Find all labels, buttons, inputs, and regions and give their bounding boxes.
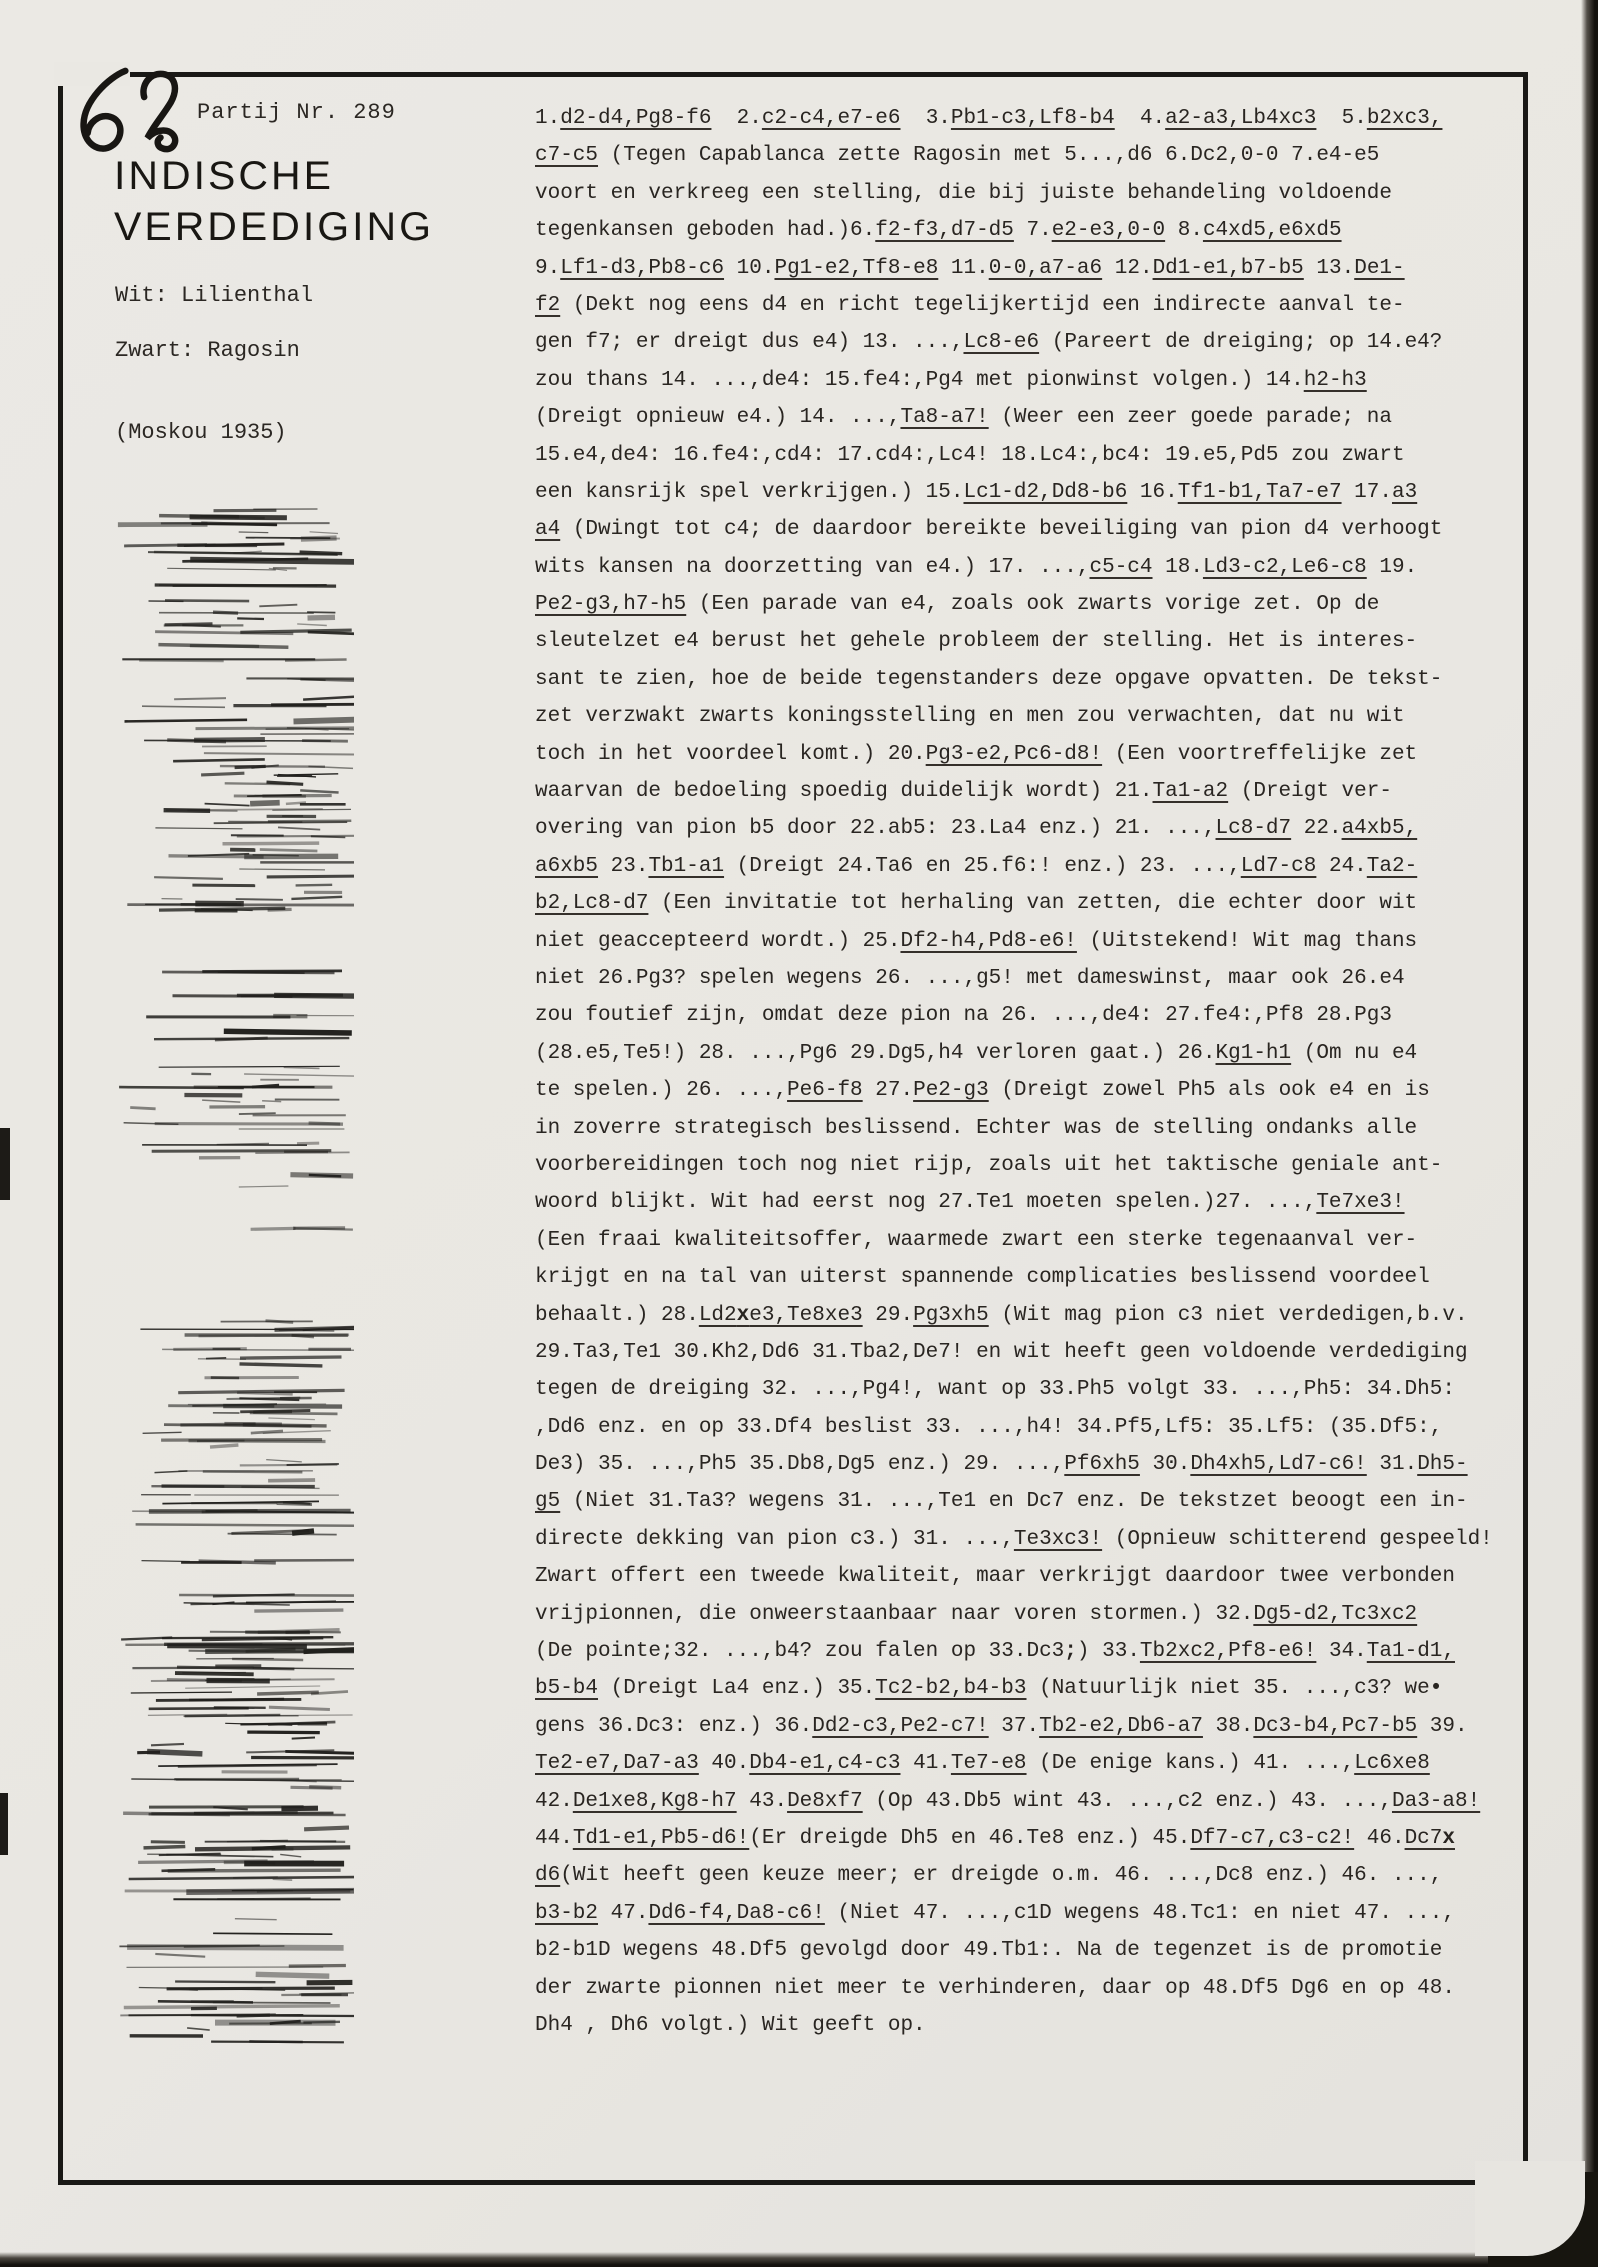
text-line: waarvan de bedoeling spoedig duidelijk w… [535,773,1525,810]
smudge-texture [117,506,354,2047]
text-line: gens 36.Dc3: enz.) 36.Dd2-c3,Pe2-c7! 37.… [535,1708,1525,1745]
game-annotation-text: 1.d2-d4,Pg8-f6 2.c2-c4,e7-e6 3.Pb1-c3,Lf… [535,100,1525,2044]
text-line: Te2-e7,Da7-a3 40.Db4-e1,c4-c3 41.Te7-e8 … [535,1745,1525,1782]
black-player: Zwart: Ragosin [115,338,300,363]
text-line: a4 (Dwingt tot c4; de daardoor bereikte … [535,511,1525,548]
text-line: 9.Lf1-d3,Pb8-c6 10.Pg1-e2,Tf8-e8 11.0-0,… [535,250,1525,287]
text-line: b3-b2 47.Dd6-f4,Da8-c6! (Niet 47. ...,c1… [535,1895,1525,1932]
text-line: te spelen.) 26. ...,Pe6-f8 27.Pe2-g3 (Dr… [535,1072,1525,1109]
text-line: vrijpionnen, die onweerstaanbaar naar vo… [535,1596,1525,1633]
scan-edge-right [1581,0,1598,2267]
text-line: niet geaccepteerd wordt.) 25.Df2-h4,Pd8-… [535,923,1525,960]
text-line: (28.e5,Te5!) 28. ...,Pg6 29.Dg5,h4 verlo… [535,1035,1525,1072]
scanned-document-page: Partij Nr. 289 INDISCHE VERDEDIGING Wit:… [0,0,1598,2267]
text-line: 15.e4,de4: 16.fe4:,cd4: 17.cd4:,Lc4! 18.… [535,437,1525,474]
text-line: d6(Wit heeft geen keuze meer; er dreigde… [535,1857,1525,1894]
text-line: voort en verkreeg een stelling, die bij … [535,175,1525,212]
opening-title-line1: INDISCHE [114,150,434,201]
text-line: behaalt.) 28.Ld2xe3,Te8xe3 29.Pg3xh5 (Wi… [535,1297,1525,1334]
text-line: (De pointe;32. ...,b4? zou falen op 33.D… [535,1633,1525,1670]
text-line: g5 (Niet 31.Ta3? wegens 31. ...,Te1 en D… [535,1483,1525,1520]
text-line: zet verzwakt zwarts koningsstelling en m… [535,698,1525,735]
text-line: De3) 35. ...,Ph5 35.Db8,Dg5 enz.) 29. ..… [535,1446,1525,1483]
text-line: tegen de dreiging 32. ...,Pg4!, want op … [535,1371,1525,1408]
text-line: a6xb5 23.Tb1-a1 (Dreigt 24.Ta6 en 25.f6:… [535,848,1525,885]
text-line: overing van pion b5 door 22.ab5: 23.La4 … [535,810,1525,847]
opening-title-line2: VERDEDIGING [114,201,434,252]
text-line: b5-b4 (Dreigt La4 enz.) 35.Tc2-b2,b4-b3 … [535,1670,1525,1707]
text-line: gen f7; er dreigt dus e4) 13. ...,Lc8-e6… [535,324,1525,361]
text-line: zou thans 14. ...,de4: 15.fe4:,Pg4 met p… [535,362,1525,399]
text-line: f2 (Dekt nog eens d4 en richt tegelijker… [535,287,1525,324]
text-line: (Een fraai kwaliteitsoffer, waarmede zwa… [535,1222,1525,1259]
text-line: Pe2-g3,h7-h5 (Een parade van e4, zoals o… [535,586,1525,623]
text-line: sleutelzet e4 berust het gehele probleem… [535,623,1525,660]
text-line: b2-b1D wegens 48.Df5 gevolgd door 49.Tb1… [535,1932,1525,1969]
text-line: c7-c5 (Tegen Capablanca zette Ragosin me… [535,137,1525,174]
text-line: 29.Ta3,Te1 30.Kh2,Dd6 31.Tba2,De7! en wi… [535,1334,1525,1371]
text-line: 44.Td1-e1,Pb5-d6!(Er dreigde Dh5 en 46.T… [535,1820,1525,1857]
scan-artifact-mark [0,1793,8,1855]
event-name: (Moskou 1935) [115,420,287,445]
text-line: tegenkansen geboden had.)6.f2-f3,d7-d5 7… [535,212,1525,249]
text-line: directe dekking van pion c3.) 31. ...,Te… [535,1521,1525,1558]
text-line: der zwarte pionnen niet meer te verhinde… [535,1970,1525,2007]
white-player: Wit: Lilienthal [115,283,313,308]
smudged-print-column [117,506,354,2047]
text-line: woord blijkt. Wit had eerst nog 27.Te1 m… [535,1184,1525,1221]
text-line: in zoverre strategisch beslissend. Echte… [535,1110,1525,1147]
text-line: (Dreigt opnieuw e4.) 14. ...,Ta8-a7! (We… [535,399,1525,436]
game-number-heading: Partij Nr. 289 [197,100,396,125]
text-line: Zwart offert een tweede kwaliteit, maar … [535,1558,1525,1595]
scan-edge-bottom [0,2252,1598,2267]
text-line: niet 26.Pg3? spelen wegens 26. ...,g5! m… [535,960,1525,997]
text-line: krijgt en na tal van uiterst spannende c… [535,1259,1525,1296]
text-line: 1.d2-d4,Pg8-f6 2.c2-c4,e7-e6 3.Pb1-c3,Lf… [535,100,1525,137]
text-line: zou foutief zijn, omdat deze pion na 26.… [535,997,1525,1034]
text-line: 42.De1xe8,Kg8-h7 43.De8xf7 (Op 43.Db5 wi… [535,1783,1525,1820]
text-line: wits kansen na doorzetting van e4.) 17. … [535,549,1525,586]
text-line: een kansrijk spel verkrijgen.) 15.Lc1-d2… [535,474,1525,511]
text-line: voorbereidingen toch nog niet rijp, zoal… [535,1147,1525,1184]
opening-title: INDISCHE VERDEDIGING [114,150,434,253]
text-line: ,Dd6 enz. en op 33.Df4 beslist 33. ...,h… [535,1409,1525,1446]
text-line: toch in het voordeel komt.) 20.Pg3-e2,Pc… [535,736,1525,773]
scan-artifact-mark [0,1128,10,1200]
text-line: Dh4 , Dh6 volgt.) Wit geeft op. [535,2007,1525,2044]
text-line: sant te zien, hoe de beide tegenstanders… [535,661,1525,698]
text-line: b2,Lc8-d7 (Een invitatie tot herhaling v… [535,885,1525,922]
